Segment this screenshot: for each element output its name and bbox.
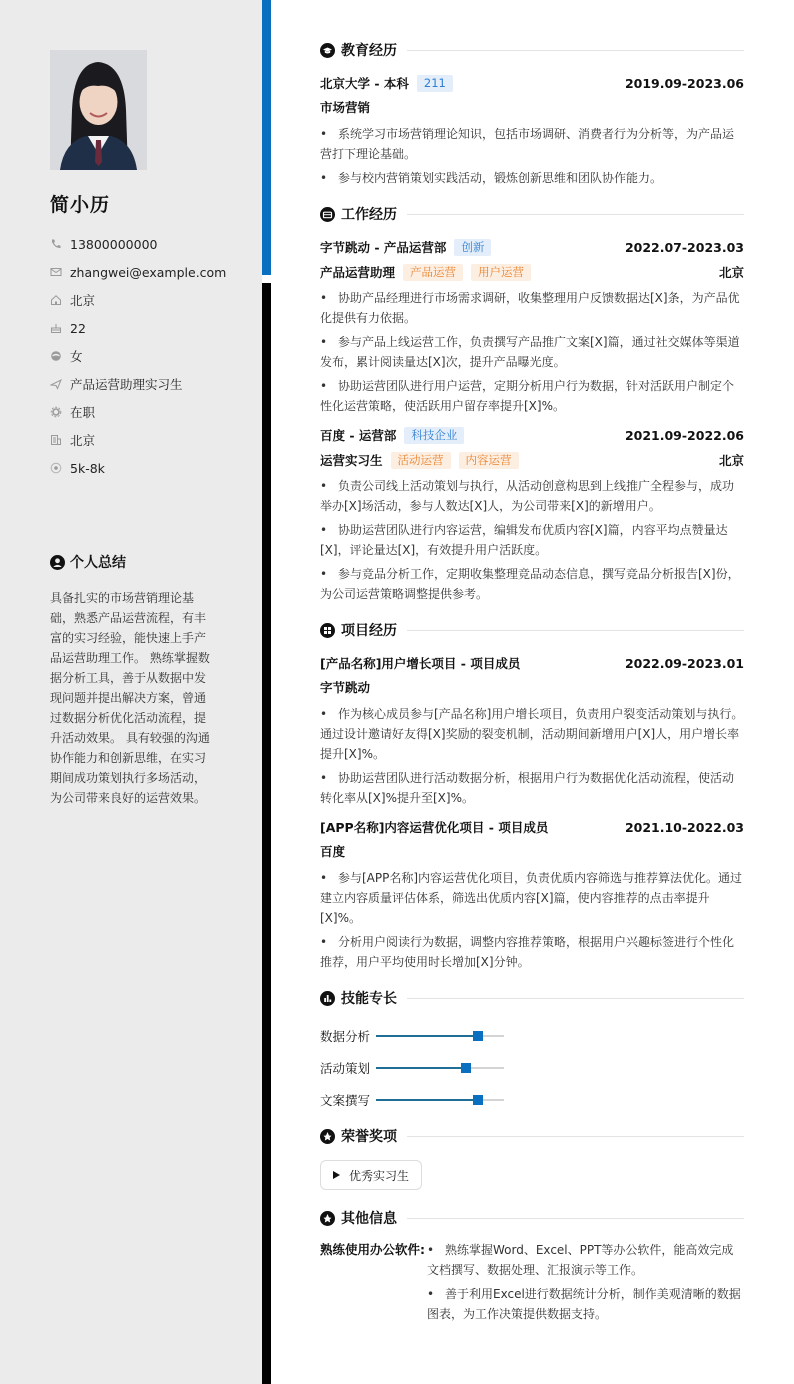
work-location: 北京: [719, 263, 744, 281]
role: 产品运营助理: [320, 263, 395, 281]
info-age: 22: [50, 314, 250, 342]
gender-icon: [50, 350, 62, 362]
project-name: [产品名称]用户增长项目 - 项目成员: [320, 654, 520, 672]
skill-level-slider[interactable]: [376, 1062, 504, 1074]
info-gender: 女: [50, 342, 250, 370]
salary-icon: [50, 462, 62, 474]
info-status: 在职: [50, 398, 250, 426]
send-icon: [50, 378, 62, 390]
divider: [407, 50, 744, 51]
work-date: 2021.09-2022.06: [625, 428, 744, 443]
skill-level-slider[interactable]: [376, 1094, 504, 1106]
portrait-icon: [50, 50, 147, 170]
bullet-item: 协助运营团队进行活动数据分析，根据用户行为数据优化活动流程，使活动转化率从[X]…: [320, 768, 744, 808]
role-tag: 活动运营: [391, 452, 451, 469]
section-heading: 技能专长: [320, 986, 744, 1010]
work-entry: 百度 - 运营部科技企业 2021.09-2022.06 运营实习生活动运营内容…: [320, 424, 744, 604]
info-city: 北京: [50, 286, 250, 314]
education-date: 2019.09-2023.06: [625, 76, 744, 91]
phone-icon: [50, 238, 62, 250]
home-icon: [50, 294, 62, 306]
cake-icon: [50, 322, 62, 334]
other-info-label: 熟练使用办公软件:: [320, 1240, 427, 1328]
info-work-city: 北京: [50, 426, 250, 454]
skill-item: 活动策划: [320, 1052, 538, 1084]
graduation-cap-icon: [320, 43, 335, 58]
company-tag: 创新: [454, 239, 491, 256]
section-skills: 技能专长 数据分析 活动策划 文案撰写: [320, 986, 744, 1116]
contact-info-list: 13800000000 zhangwei@example.com 北京 22 女…: [50, 230, 250, 482]
education-entry: 北京大学 - 本科211 2019.09-2023.06 市场营销 系统学习市场…: [320, 72, 744, 188]
slider-thumb[interactable]: [473, 1031, 483, 1041]
section-heading: 项目经历: [320, 618, 744, 642]
status-icon: [50, 406, 62, 418]
award-item-button[interactable]: 优秀实习生: [320, 1160, 422, 1190]
candidate-name: 简小历: [50, 190, 110, 217]
summary-heading: 个人总结: [50, 552, 126, 572]
skill-item: 数据分析: [320, 1020, 538, 1052]
building-icon: [50, 434, 62, 446]
bullet-item: 参与校内营销策划实践活动，锻炼创新思维和团队协作能力。: [320, 168, 744, 188]
school-name: 北京大学 - 本科: [320, 74, 409, 92]
divider: [407, 214, 744, 215]
bullet-item: 作为核心成员参与[产品名称]用户增长项目，负责用户裂变活动策划与执行。通过设计邀…: [320, 704, 744, 764]
skill-item: 文案撰写: [320, 1084, 538, 1116]
section-work: 工作经历 字节跳动 - 产品运营部创新 2022.07-2023.03 产品运营…: [320, 202, 744, 604]
skill-level-slider[interactable]: [376, 1030, 504, 1042]
bullet-item: 参与[APP名称]内容运营优化项目，负责优质内容筛选与推荐算法优化。通过建立内容…: [320, 868, 744, 928]
project-org: 百度: [320, 838, 744, 866]
role-tag: 内容运营: [459, 452, 519, 469]
section-awards: 荣誉奖项 优秀实习生: [320, 1124, 744, 1202]
play-triangle-icon: [333, 1171, 340, 1179]
bullet-item: 善于利用Excel进行数据统计分析，制作美观清晰的数据图表，为工作决策提供数据支…: [427, 1284, 744, 1324]
project-entry: [产品名称]用户增长项目 - 项目成员 2022.09-2023.01 字节跳动…: [320, 652, 744, 808]
bar-chart-icon: [320, 991, 335, 1006]
summary-text: 具备扎实的市场营销理论基础，熟悉产品运营流程，有丰富的实习经验，能快速上手产品运…: [50, 588, 214, 808]
info-star-icon: [320, 1211, 335, 1226]
info-phone: 13800000000: [50, 230, 250, 258]
company-name: 百度 - 运营部: [320, 426, 396, 444]
main-content: 教育经历 北京大学 - 本科211 2019.09-2023.06 市场营销 系…: [320, 38, 744, 1342]
info-email: zhangwei@example.com: [50, 258, 250, 286]
skill-label: 文案撰写: [320, 1091, 376, 1109]
section-education: 教育经历 北京大学 - 本科211 2019.09-2023.06 市场营销 系…: [320, 38, 744, 188]
avatar-photo: [50, 50, 147, 170]
bullet-item: 协助运营团队进行内容运营，编辑发布优质内容[X]篇，内容平均点赞量达[X]，评论…: [320, 520, 744, 560]
work-location: 北京: [719, 451, 744, 469]
section-heading: 教育经历: [320, 38, 744, 62]
project-date: 2021.10-2022.03: [625, 820, 744, 835]
school-tag: 211: [417, 75, 453, 92]
accent-bar-black: [262, 283, 271, 1384]
section-heading: 荣誉奖项: [320, 1124, 744, 1148]
role-tag: 用户运营: [471, 264, 531, 281]
info-salary: 5k-8k: [50, 454, 250, 482]
bullet-item: 协助运营团队进行用户运营，定期分析用户行为数据，针对活跃用户制定个性化运营策略，…: [320, 376, 744, 416]
role-tag: 产品运营: [403, 264, 463, 281]
award-icon: [320, 1129, 335, 1144]
bullet-item: 分析用户阅读行为数据，调整内容推荐策略，根据用户兴趣标签进行个性化推荐，用户平均…: [320, 932, 744, 972]
work-date: 2022.07-2023.03: [625, 240, 744, 255]
divider: [407, 1136, 744, 1137]
bullet-item: 负责公司线上活动策划与执行，从活动创意构思到上线推广全程参与，成功举办[X]场活…: [320, 476, 744, 516]
bullet-item: 参与竞品分析工作，定期收集整理竞品动态信息，撰写竞品分析报告[X]份，为公司运营…: [320, 564, 744, 604]
bullet-item: 参与产品上线运营工作，负责撰写产品推广文案[X]篇，通过社交媒体等渠道发布，累计…: [320, 332, 744, 372]
bullet-item: 系统学习市场营销理论知识，包括市场调研、消费者行为分析等，为产品运营打下理论基础…: [320, 124, 744, 164]
skills-list: 数据分析 活动策划 文案撰写: [320, 1020, 744, 1116]
project-org: 字节跳动: [320, 674, 744, 702]
project-entry: [APP名称]内容运营优化项目 - 项目成员 2021.10-2022.03 百…: [320, 816, 744, 972]
role: 运营实习生: [320, 451, 383, 469]
major: 市场营销: [320, 94, 744, 122]
briefcase-icon: [320, 207, 335, 222]
info-target-position: 产品运营助理实习生: [50, 370, 250, 398]
skill-label: 活动策划: [320, 1059, 376, 1077]
other-info-row: 熟练使用办公软件: 熟练掌握Word、Excel、PPT等办公软件，能高效完成文…: [320, 1240, 744, 1328]
company-name: 字节跳动 - 产品运营部: [320, 238, 446, 256]
project-date: 2022.09-2023.01: [625, 656, 744, 671]
section-heading: 其他信息: [320, 1206, 744, 1230]
company-tag: 科技企业: [404, 427, 464, 444]
skill-label: 数据分析: [320, 1027, 376, 1045]
slider-thumb[interactable]: [473, 1095, 483, 1105]
divider: [407, 1218, 744, 1219]
divider: [407, 998, 744, 999]
work-entry: 字节跳动 - 产品运营部创新 2022.07-2023.03 产品运营助理产品运…: [320, 236, 744, 416]
user-circle-icon: [50, 555, 65, 570]
bullet-item: 熟练掌握Word、Excel、PPT等办公软件，能高效完成文档撰写、数据处理、汇…: [427, 1240, 744, 1280]
bullet-item: 协助产品经理进行市场需求调研，收集整理用户反馈数据达[X]条，为产品优化提供有力…: [320, 288, 744, 328]
section-heading: 工作经历: [320, 202, 744, 226]
accent-bar-blue: [262, 0, 271, 275]
divider: [407, 630, 744, 631]
section-other: 其他信息 熟练使用办公软件: 熟练掌握Word、Excel、PPT等办公软件，能…: [320, 1206, 744, 1328]
slider-thumb[interactable]: [461, 1063, 471, 1073]
project-name: [APP名称]内容运营优化项目 - 项目成员: [320, 818, 548, 836]
mail-icon: [50, 266, 62, 278]
section-projects: 项目经历 [产品名称]用户增长项目 - 项目成员 2022.09-2023.01…: [320, 618, 744, 972]
grid-icon: [320, 623, 335, 638]
